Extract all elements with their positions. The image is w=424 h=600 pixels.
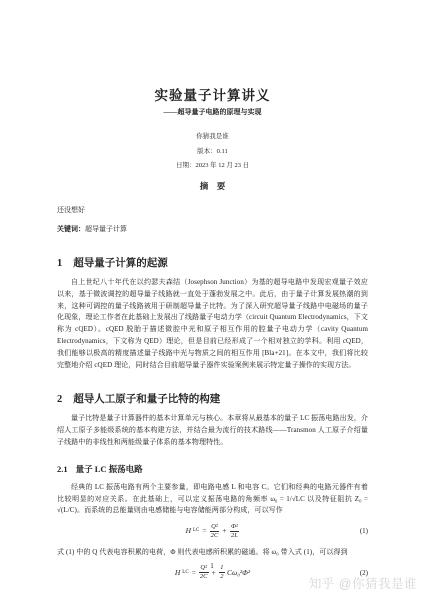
subsection-2-1-heading: 2.1 量子 LC 振荡电路: [57, 463, 368, 475]
section-1-number: 1: [57, 258, 62, 269]
section-2-title: 超导人工原子和量子比特的构建: [73, 391, 220, 406]
abstract-heading: 摘 要: [57, 180, 368, 192]
page-number: 1: [0, 562, 424, 570]
section-2-paragraph: 量子比特是量子计算器件的基本计算单元与核心。本章将从最基本的量子 LC 振荡电路…: [57, 413, 368, 448]
abstract-text: 还没想好: [57, 205, 368, 216]
eq1-fraction-1: Q²2C: [210, 523, 220, 540]
doc-author: 你猜我是谁: [57, 131, 368, 140]
equation-1-expression: HLC = Q²2C + Φ²2L: [186, 522, 240, 540]
subsection-2-1-paragraph: 经典的 LC 振荡电路有两个主要参量，即电路电感 L 和电容 C。它们和经典的电…: [57, 482, 368, 517]
equation-1-tag: (1): [360, 522, 368, 540]
doc-date: 日期：2023 年 12 月 23 日: [57, 160, 368, 169]
eq1-equals: =: [201, 522, 207, 540]
eq1-lhs-subscript: LC: [193, 522, 199, 540]
keywords-label: 关键词：: [57, 225, 85, 233]
doc-version: 版本：0.11: [57, 146, 368, 155]
section-2-number: 2: [57, 394, 62, 405]
eq1-plus: +: [221, 522, 227, 540]
section-2-heading: 2 超导人工原子和量子比特的构建: [57, 391, 368, 406]
eq2-frac2-denominator: 2: [220, 573, 223, 581]
subsection-2-1-title: 量子 LC 振荡电路: [76, 463, 143, 475]
document-page: 实验量子计算讲义 ——超导量子电路的原理与实现 你猜我是谁 版本：0.11 日期…: [0, 0, 424, 600]
keywords-line: 关键词：超导量子计算: [57, 224, 368, 235]
subsection-2-1-number: 2.1: [57, 464, 68, 474]
doc-title: 实验量子计算讲义: [57, 84, 368, 104]
eq1-fraction-2: Φ²2L: [230, 523, 240, 540]
section-1-paragraph: 自上世纪八十年代在以约瑟夫森结（Josephson Junction）为基的超导…: [57, 277, 368, 371]
between-equations-text: 式 (1) 中的 Q 代表电容积累的电荷，Φ 则代表电感所积累的磁通。将 ω₀ …: [57, 547, 368, 559]
eq1-lhs: H: [186, 522, 191, 540]
document-content: 实验量子计算讲义 ——超导量子电路的原理与实现 你猜我是谁 版本：0.11 日期…: [57, 0, 368, 586]
eq1-frac1-denominator: 2C: [211, 532, 219, 540]
eq2-frac1-denominator: 2C: [200, 573, 208, 581]
eq1-frac2-numerator: Φ²: [230, 523, 240, 532]
section-1-title: 超导量子计算的起源: [73, 255, 168, 270]
doc-subtitle: ——超导量子电路的原理与实现: [57, 107, 368, 117]
eq1-frac2-denominator: 2L: [231, 532, 238, 540]
section-1-heading: 1 超导量子计算的起源: [57, 255, 368, 270]
zhihu-watermark: 知乎 @你猜我是谁: [309, 574, 417, 592]
keywords-text: 超导量子计算: [85, 225, 127, 233]
equation-1: HLC = Q²2C + Φ²2L (1): [57, 522, 368, 540]
eq1-frac1-numerator: Q²: [210, 523, 220, 532]
